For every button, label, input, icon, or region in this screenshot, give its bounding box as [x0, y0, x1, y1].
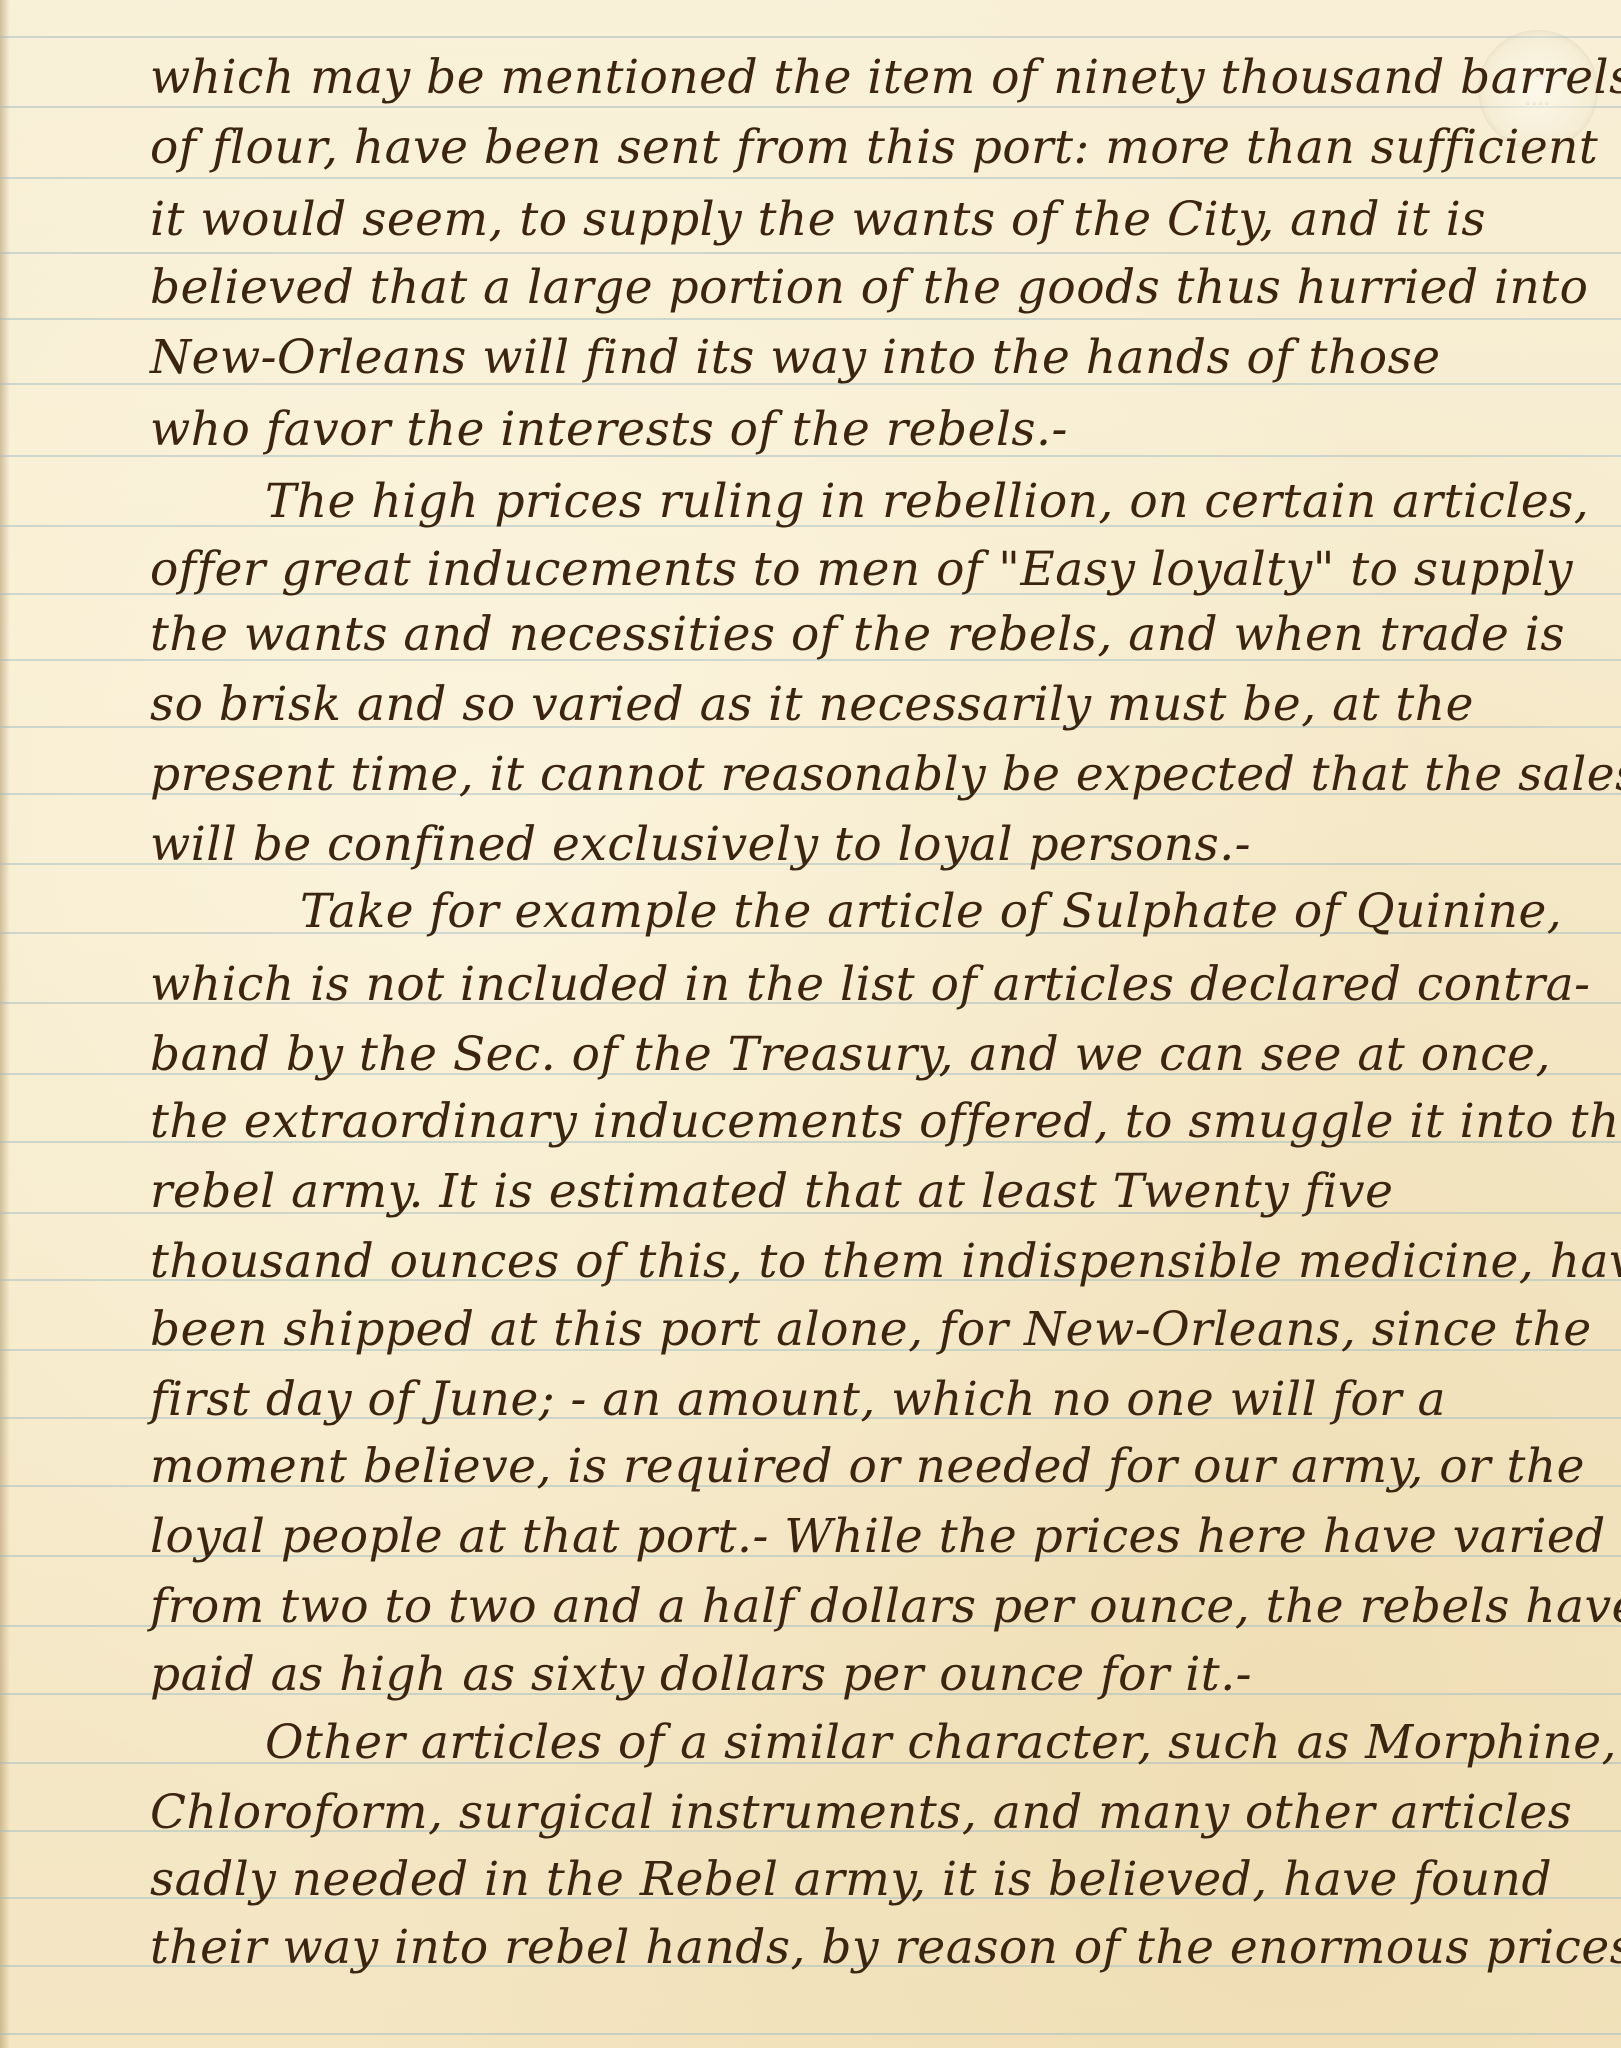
handwritten-line: first day of June; - an amount, which no… [150, 1370, 1581, 1430]
handwritten-line: which is not included in the list of art… [150, 955, 1581, 1015]
handwritten-line: sadly needed in the Rebel army, it is be… [150, 1850, 1581, 1910]
handwritten-line: rebel army. It is estimated that at leas… [150, 1162, 1581, 1222]
handwritten-line: paid as high as sixty dollars per ounce … [150, 1645, 1581, 1705]
handwritten-line: thousand ounces of this, to them indispe… [150, 1232, 1581, 1292]
handwritten-line: loyal people at that port.- While the pr… [150, 1507, 1581, 1567]
handwritten-line: their way into rebel hands, by reason of… [150, 1918, 1581, 1978]
handwritten-line: band by the Sec. of the Treasury, and we… [150, 1025, 1581, 1085]
handwritten-line: so brisk and so varied as it necessarily… [150, 675, 1581, 735]
handwritten-line: believed that a large portion of the goo… [150, 258, 1581, 318]
ruled-line [0, 2033, 1621, 2035]
handwritten-line: from two to two and a half dollars per o… [150, 1577, 1581, 1637]
handwritten-line: who favor the interests of the rebels.- [150, 400, 1581, 460]
handwritten-line: Take for example the article of Sulphate… [300, 882, 1581, 942]
handwritten-line: the extraordinary inducements offered, t… [150, 1092, 1581, 1152]
handwritten-line: Chloroform, surgical instruments, and ma… [150, 1783, 1581, 1843]
handwritten-line: will be confined exclusively to loyal pe… [150, 815, 1581, 875]
ruled-line [0, 318, 1621, 320]
letter-page: ◦◦◦◦◦ ◦◦◦◦ which may be mentioned the it… [0, 0, 1621, 2048]
handwritten-line: which may be mentioned the item of ninet… [150, 48, 1581, 108]
handwritten-line: the wants and necessities of the rebels,… [150, 605, 1581, 665]
handwritten-line: been shipped at this port alone, for New… [150, 1300, 1581, 1360]
handwritten-line: present time, it cannot reasonably be ex… [150, 745, 1581, 805]
handwritten-line: it would seem, to supply the wants of th… [150, 190, 1581, 250]
handwritten-line: offer great inducements to men of "Easy … [150, 540, 1581, 600]
handwritten-line: moment believe, is required or needed fo… [150, 1437, 1581, 1497]
handwritten-line: Other articles of a similar character, s… [265, 1713, 1581, 1773]
ruled-line [0, 252, 1621, 254]
ruled-line [0, 36, 1621, 38]
handwritten-line: of flour, have been sent from this port:… [150, 118, 1581, 178]
handwritten-line: New-Orleans will find its way into the h… [150, 328, 1581, 388]
paper-edge [0, 0, 10, 2048]
handwritten-line: The high prices ruling in rebellion, on … [265, 472, 1581, 532]
